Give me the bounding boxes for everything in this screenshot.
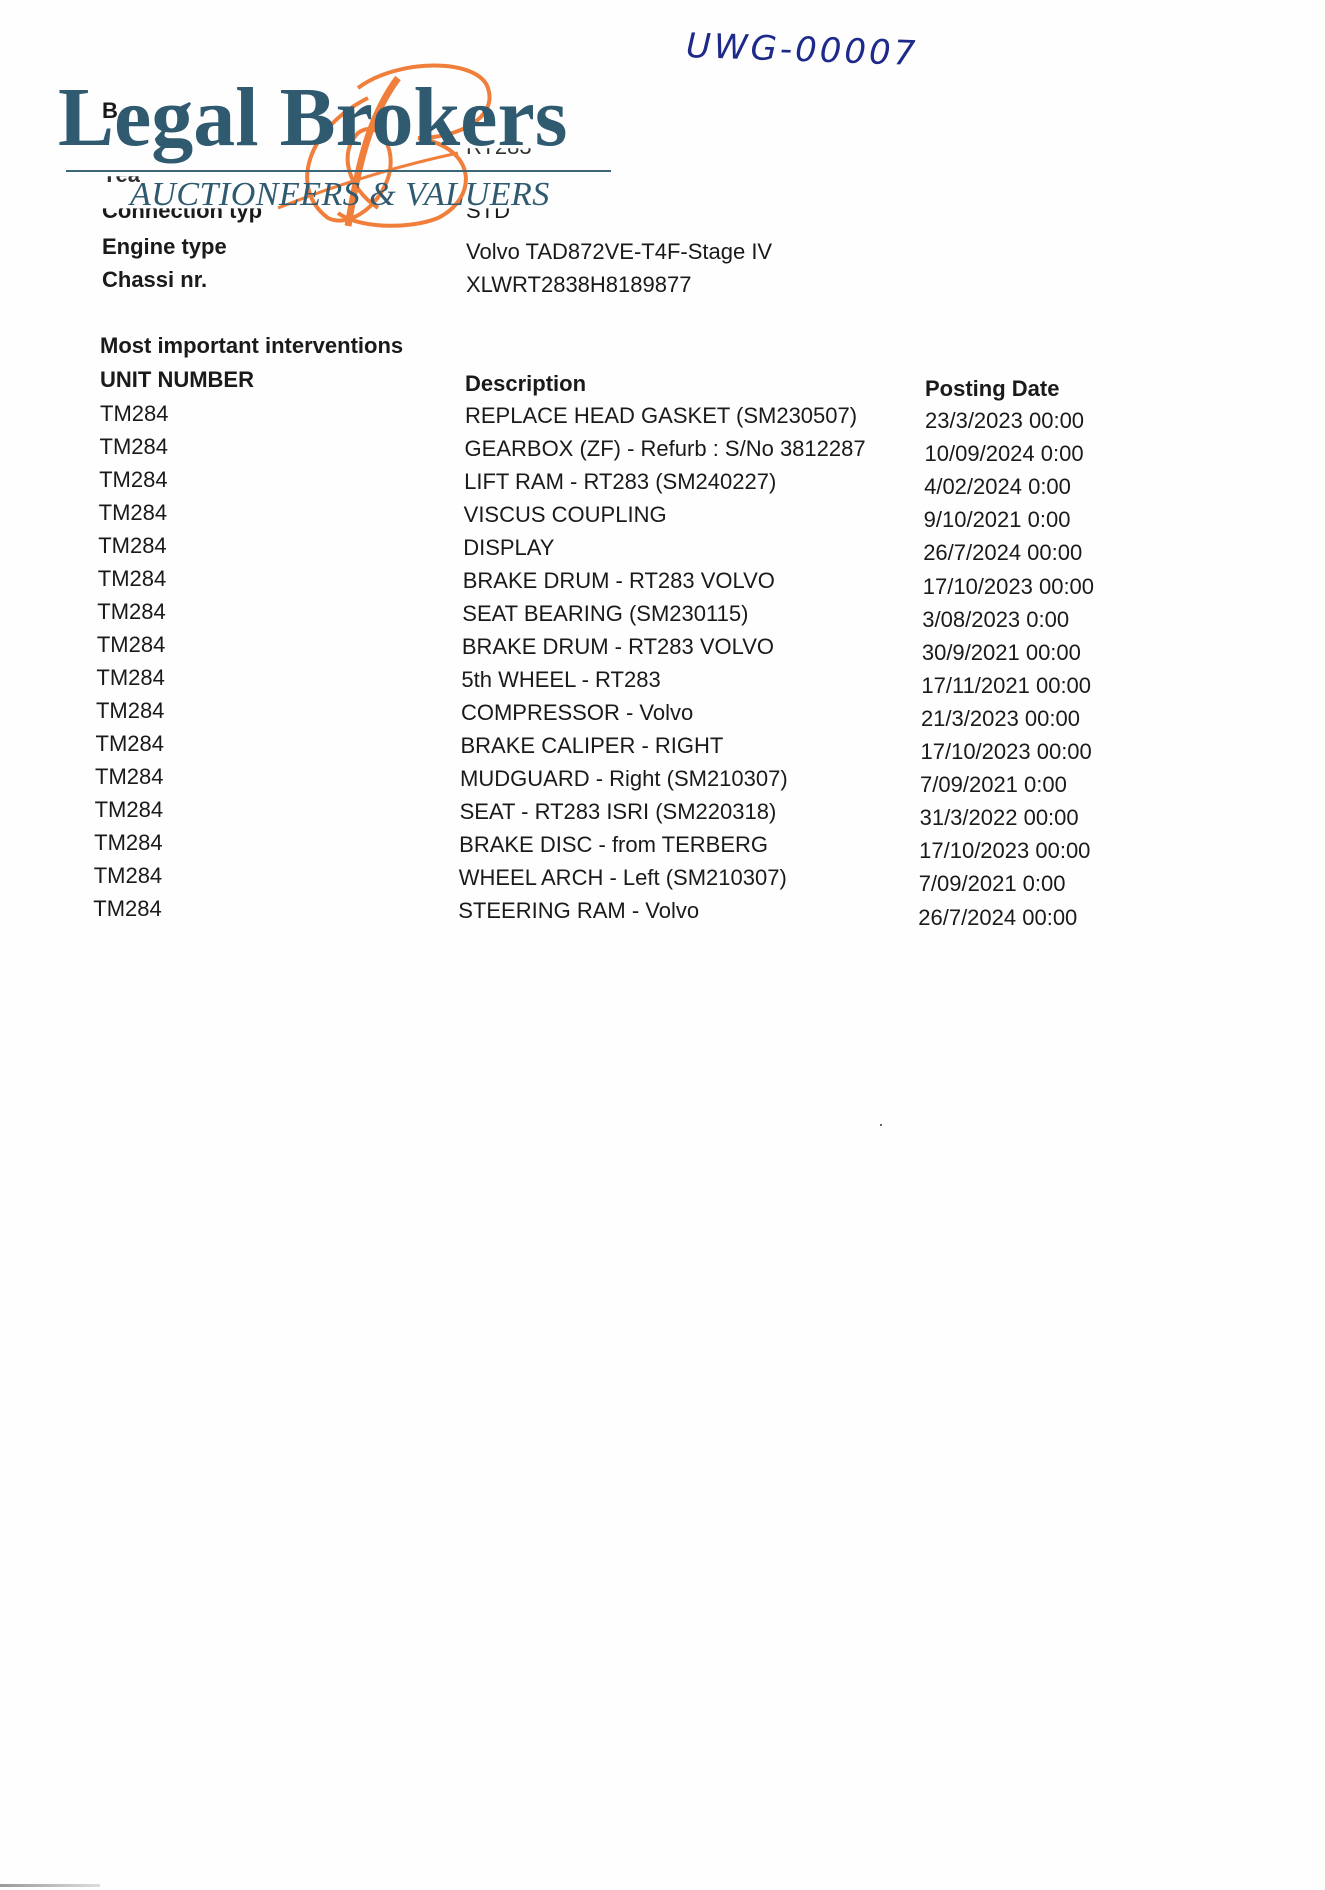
table-cell-unit: TM284 (96, 731, 164, 757)
info-label-chassis-nr: Chassi nr. (102, 267, 207, 293)
table-cell-date: 23/3/2023 00:00 (925, 408, 1084, 434)
table-cell-unit: TM284 (94, 863, 162, 889)
table-cell-date: 17/10/2023 00:00 (919, 838, 1090, 864)
table-cell-description: 5th WHEEL - RT283 (461, 667, 660, 693)
scan-edge (0, 1884, 100, 1887)
table-cell-description: GEARBOX (ZF) - Refurb : S/No 3812287 (465, 436, 866, 462)
table-cell-description: BRAKE DRUM - RT283 VOLVO (463, 568, 775, 594)
table-cell-date: 21/3/2023 00:00 (921, 706, 1080, 732)
table-cell-description: WHEEL ARCH - Left (SM210307) (459, 865, 787, 891)
scan-speck (880, 1124, 882, 1126)
table-cell-date: 9/10/2021 0:00 (924, 507, 1071, 533)
legal-brokers-logo: Legal Brokers AUCTIONEERS & VALUERS (58, 58, 618, 228)
table-cell-unit: TM284 (96, 665, 164, 691)
table-cell-date: 7/09/2021 0:00 (919, 871, 1066, 897)
info-value-engine-type: Volvo TAD872VE-T4F-Stage IV (466, 239, 772, 265)
table-cell-unit: TM284 (97, 632, 165, 658)
table-cell-description: LIFT RAM - RT283 (SM240227) (464, 469, 776, 495)
table-cell-date: 17/11/2021 00:00 (921, 673, 1091, 699)
table-cell-date: 17/10/2023 00:00 (921, 739, 1092, 765)
table-cell-description: REPLACE HEAD GASKET (SM230507) (465, 403, 857, 429)
table-cell-unit: TM284 (100, 401, 168, 427)
table-cell-description: COMPRESSOR - Volvo (461, 700, 693, 726)
section-title-interventions: Most important interventions (100, 333, 403, 359)
table-cell-description: BRAKE DRUM - RT283 VOLVO (462, 634, 774, 660)
table-cell-date: 30/9/2021 00:00 (922, 640, 1081, 666)
column-header-unit-number: UNIT NUMBER (100, 367, 254, 393)
info-value-chassis-nr: XLWRT2838H8189877 (466, 272, 691, 298)
table-cell-date: 3/08/2023 0:00 (922, 607, 1069, 633)
table-cell-unit: TM284 (95, 764, 163, 790)
column-header-posting-date: Posting Date (925, 376, 1059, 402)
column-header-description: Description (465, 371, 586, 397)
table-cell-date: 31/3/2022 00:00 (920, 805, 1079, 831)
logo-divider (66, 170, 611, 172)
table-cell-unit: TM284 (98, 533, 166, 559)
table-cell-date: 4/02/2024 0:00 (924, 474, 1071, 500)
table-cell-description: DISPLAY (463, 535, 554, 561)
table-cell-description: SEAT BEARING (SM230115) (462, 601, 748, 627)
table-cell-unit: TM284 (95, 797, 163, 823)
table-cell-unit: TM284 (93, 896, 161, 922)
handwritten-reference: UWG-00007 (685, 26, 919, 74)
info-label-engine-type: Engine type (102, 234, 227, 260)
scanned-page: UWG-00007 B RT283 Yea Connection typ STD… (0, 0, 1325, 1890)
table-cell-date: 26/7/2024 00:00 (918, 905, 1077, 931)
logo-subtitle: AUCTIONEERS & VALUERS (130, 176, 550, 214)
table-cell-description: BRAKE DISC - from TERBERG (459, 832, 768, 858)
table-cell-unit: TM284 (98, 566, 166, 592)
table-cell-description: MUDGUARD - Right (SM210307) (460, 766, 788, 792)
logo-title: Legal Brokers (58, 76, 567, 160)
table-cell-date: 17/10/2023 00:00 (923, 574, 1094, 600)
table-cell-unit: TM284 (99, 467, 167, 493)
table-cell-description: SEAT - RT283 ISRI (SM220318) (460, 799, 777, 825)
table-cell-unit: TM284 (100, 434, 168, 460)
table-cell-description: VISCUS COUPLING (464, 502, 667, 528)
table-cell-description: BRAKE CALIPER - RIGHT (461, 733, 724, 759)
table-cell-description: STEERING RAM - Volvo (458, 898, 699, 924)
table-cell-unit: TM284 (99, 500, 167, 526)
table-cell-date: 10/09/2024 0:00 (925, 441, 1084, 467)
table-cell-date: 7/09/2021 0:00 (920, 772, 1067, 798)
table-cell-unit: TM284 (94, 830, 162, 856)
table-cell-date: 26/7/2024 00:00 (923, 540, 1082, 566)
table-cell-unit: TM284 (97, 599, 165, 625)
table-cell-unit: TM284 (96, 698, 164, 724)
